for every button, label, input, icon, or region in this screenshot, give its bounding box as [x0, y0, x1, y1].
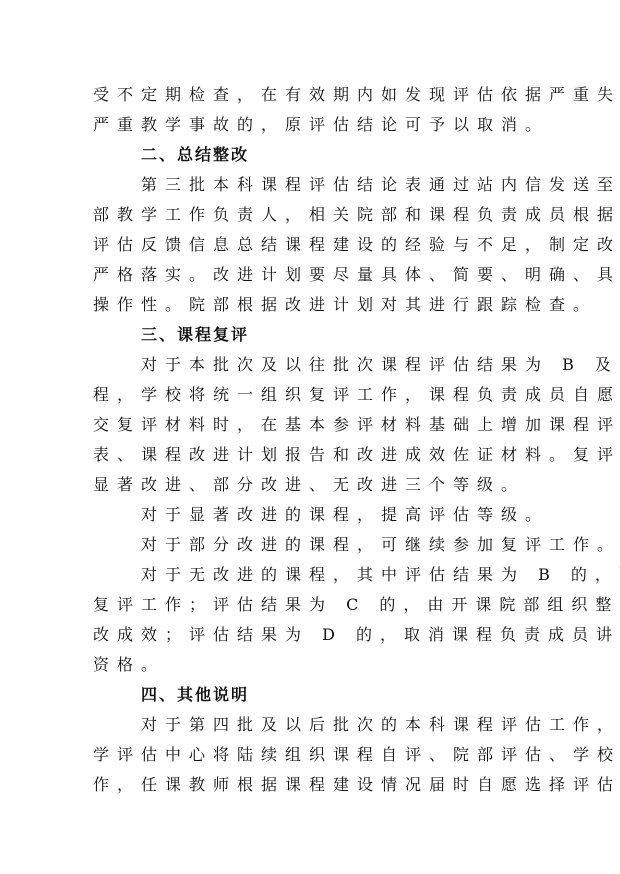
- text-line: 程，学校将统一组织复评工作，课程负责成员自愿参与。提: [93, 380, 527, 410]
- text-line: 对于显著改进的课程，提高评估等级。: [93, 500, 527, 530]
- paragraph: 对于显著改进的课程，提高评估等级。: [93, 500, 527, 530]
- text-line: 评估反馈信息总结课程建设的经验与不足，制定改进计划并: [93, 230, 527, 260]
- section-heading-course-reevaluation: 三、课程复评: [93, 320, 527, 350]
- text-line: 复评工作；评估结果为 C 的，由开课院部组织整改并提交整: [93, 590, 527, 620]
- text-line: 改成效；评估结果为 D 的，取消课程负责成员讲授本门课程: [93, 620, 527, 650]
- text-line: 对于第四批及以后批次的本科课程评估工作，教务处教: [93, 710, 527, 740]
- text-line: 交复评材料时，在基本参评材料基础上增加课程评估结论: [93, 410, 527, 440]
- paragraph-continued: 受不定期检查，在有效期内如发现评估依据严重失实或发生 严重教学事故的，原评估结论…: [93, 80, 527, 140]
- paragraph: 对于第四批及以后批次的本科课程评估工作，教务处教 学评估中心将陆续组织课程自评、…: [93, 710, 527, 800]
- text-line: 受不定期检查，在有效期内如发现评估依据严重失实或发生: [93, 80, 527, 110]
- text-line: 作，任课教师根据课程建设情况届时自愿选择评估周期内某: [93, 770, 527, 800]
- paragraph: 对于本批次及以往批次课程评估结果为 B 及以下的课 程，学校将统一组织复评工作，…: [93, 350, 527, 500]
- paragraph: 对于部分改进的课程，可继续参加复评工作。: [93, 530, 527, 560]
- document-page: 受不定期检查，在有效期内如发现评估依据严重失实或发生 严重教学事故的，原评估结论…: [93, 80, 527, 800]
- paragraph: 对于无改进的课程，其中评估结果为 B 的，可继续参加 复评工作；评估结果为 C …: [93, 560, 527, 680]
- section-heading-summary-rectification: 二、总结整改: [93, 140, 527, 170]
- text-line: 对于无改进的课程，其中评估结果为 B 的，可继续参加: [93, 560, 527, 590]
- text-line: 对于本批次及以往批次课程评估结果为 B 及以下的课: [93, 350, 527, 380]
- text-line: 对于部分改进的课程，可继续参加复评工作。: [93, 530, 527, 560]
- section-heading-other-notes: 四、其他说明: [93, 680, 527, 710]
- text-line: 部教学工作负责人，相关院部和课程负责成员根据结论表中: [93, 200, 527, 230]
- paragraph: 第三批本科课程评估结论表通过站内信发送至相关院 部教学工作负责人，相关院部和课程…: [93, 170, 527, 320]
- text-line: 严格落实。改进计划要尽量具体、简要、明确、具有较强可: [93, 260, 527, 290]
- text-line: 显著改进、部分改进、无改进三个等级。: [93, 470, 527, 500]
- text-line: 表、课程改进计划报告和改进成效佐证材料。复评结果分为: [93, 440, 527, 470]
- text-line: 资格。: [93, 650, 527, 680]
- text-line: 操作性。院部根据改进计划对其进行跟踪检查。: [93, 290, 527, 320]
- text-line: 第三批本科课程评估结论表通过站内信发送至相关院: [93, 170, 527, 200]
- text-line: 严重教学事故的，原评估结论可予以取消。: [93, 110, 527, 140]
- text-line: 学评估中心将陆续组织课程自评、院部评估、学校复核等工: [93, 740, 527, 770]
